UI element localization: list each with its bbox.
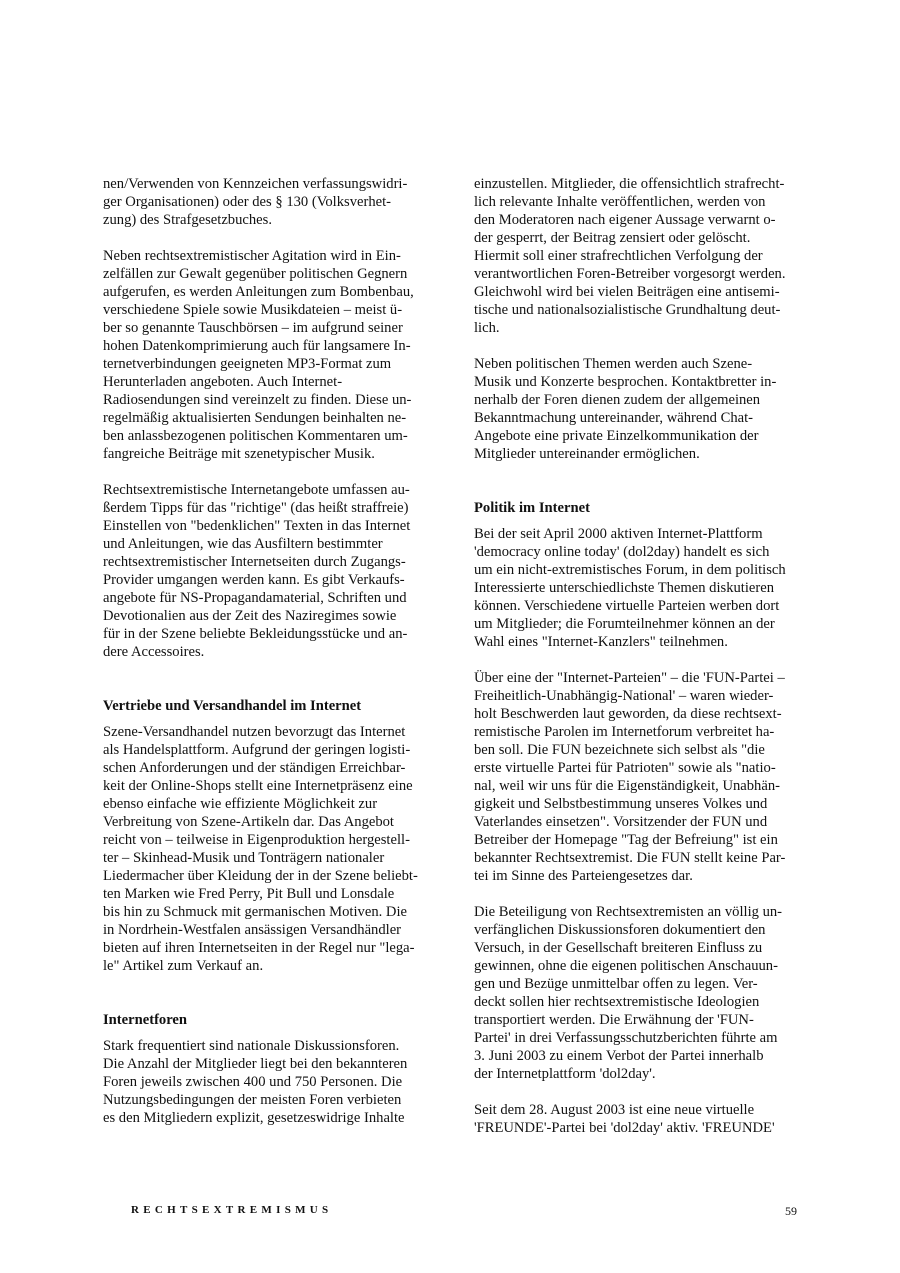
text-line: keit der Online-Shops stellt eine Intern… [103, 777, 425, 795]
text-line: einzustellen. Mitglieder, die offensicht… [474, 175, 804, 193]
text-line: gewinnen, ohne die eigenen politischen A… [474, 957, 804, 975]
paragraph: Stark frequentiert sind nationale Diskus… [103, 1037, 425, 1127]
text-line: Die Beteiligung von Rechtsextremisten an… [474, 903, 804, 921]
text-line: Rechtsextremistische Internetangebote um… [103, 481, 425, 499]
text-line: tei im Sinne des Parteiengesetzes dar. [474, 867, 804, 885]
paragraph: nen/Verwenden von Kennzeichen verfassung… [103, 175, 425, 229]
text-line: ben anlassbezogenen politischen Kommenta… [103, 427, 425, 445]
text-line: lich. [474, 319, 804, 337]
text-line: Herunterladen angeboten. Auch Internet- [103, 373, 425, 391]
paragraph: Seit dem 28. August 2003 ist eine neue v… [474, 1101, 804, 1137]
text-line: hohen Datenkomprimierung auch für langsa… [103, 337, 425, 355]
paragraph: einzustellen. Mitglieder, die offensicht… [474, 175, 804, 337]
text-line: Angebote eine private Einzelkommunikatio… [474, 427, 804, 445]
text-line: Interessierte unterschiedlichste Themen … [474, 579, 804, 597]
text-line: lich relevante Inhalte veröffentlichen, … [474, 193, 804, 211]
text-line: der Internetplattform 'dol2day'. [474, 1065, 804, 1083]
text-line: Mitglieder untereinander ermöglichen. [474, 445, 804, 463]
text-line: Seit dem 28. August 2003 ist eine neue v… [474, 1101, 804, 1119]
text-line: tische und nationalsozialistische Grundh… [474, 301, 804, 319]
text-line: gigkeit und Selbstbestimmung unseres Vol… [474, 795, 804, 813]
section-heading-internetforen: Internetforen [103, 1011, 425, 1029]
text-line: ter – Skinhead-Musik und Tonträgern nati… [103, 849, 425, 867]
paragraph: Neben rechtsextremistischer Agitation wi… [103, 247, 425, 463]
text-line: transportiert werden. Die Erwähnung der … [474, 1011, 804, 1029]
text-line: Bei der seit April 2000 aktiven Internet… [474, 525, 804, 543]
text-line: nen/Verwenden von Kennzeichen verfassung… [103, 175, 425, 193]
text-line: zelfällen zur Gewalt gegenüber politisch… [103, 265, 425, 283]
text-line: schen Anforderungen und der ständigen Er… [103, 759, 425, 777]
text-line: verfänglichen Diskussionsforen dokumenti… [474, 921, 804, 939]
text-line: Die Anzahl der Mitglieder liegt bei den … [103, 1055, 425, 1073]
text-line: fangreiche Beiträge mit szenetypischer M… [103, 445, 425, 463]
text-line: Hiermit soll einer strafrechtlichen Verf… [474, 247, 804, 265]
text-line: aufgerufen, es werden Anleitungen zum Bo… [103, 283, 425, 301]
text-line: reicht von – teilweise in Eigenproduktio… [103, 831, 425, 849]
text-line: Wahl eines "Internet-Kanzlers" teilnehme… [474, 633, 804, 651]
text-line: ber so genannte Tauschbörsen – im aufgru… [103, 319, 425, 337]
text-line: Freiheitlich-Unabhängig-National' – ware… [474, 687, 804, 705]
text-line: ben soll. Die FUN bezeichnete sich selbs… [474, 741, 804, 759]
text-line: Neben rechtsextremistischer Agitation wi… [103, 247, 425, 265]
text-line: angebote für NS-Propagandamaterial, Schr… [103, 589, 425, 607]
text-line: Verbreitung von Szene-Artikeln dar. Das … [103, 813, 425, 831]
text-line: ger Organisationen) oder des § 130 (Volk… [103, 193, 425, 211]
text-line: bis hin zu Schmuck mit germanischen Moti… [103, 903, 425, 921]
text-line: es den Mitgliedern explizit, gesetzeswid… [103, 1109, 425, 1127]
text-line: Musik und Konzerte besprochen. Kontaktbr… [474, 373, 804, 391]
text-line: Versuch, in der Gesellschaft breiteren E… [474, 939, 804, 957]
text-line: Stark frequentiert sind nationale Diskus… [103, 1037, 425, 1055]
text-line: Betreiber der Homepage "Tag der Befreiun… [474, 831, 804, 849]
paragraph: Neben politischen Themen werden auch Sze… [474, 355, 804, 463]
text-line: Bekanntmachung untereinander, während Ch… [474, 409, 804, 427]
text-line: und Anleitungen, wie das Ausfiltern best… [103, 535, 425, 553]
text-line: Liedermacher über Kleidung der in der Sz… [103, 867, 425, 885]
text-line: Partei' in drei Verfassungsschutzbericht… [474, 1029, 804, 1047]
text-line: dere Accessoires. [103, 643, 425, 661]
text-line: können. Verschiedene virtuelle Parteien … [474, 597, 804, 615]
text-line: Vaterlandes einsetzen". Vorsitzender der… [474, 813, 804, 831]
text-line: 'FREUNDE'-Partei bei 'dol2day' aktiv. 'F… [474, 1119, 804, 1137]
text-line: Szene-Versandhandel nutzen bevorzugt das… [103, 723, 425, 741]
text-line: Provider umgangen werden kann. Es gibt V… [103, 571, 425, 589]
text-line: remistische Parolen im Internetforum ver… [474, 723, 804, 741]
text-line: Foren jeweils zwischen 400 und 750 Perso… [103, 1073, 425, 1091]
page-footer: RECHTSEXTREMISMUS 59 [131, 1204, 797, 1216]
text-line: ßerdem Tipps für das "richtige" (das hei… [103, 499, 425, 517]
text-line: le" Artikel zum Verkauf an. [103, 957, 425, 975]
running-title: RECHTSEXTREMISMUS [131, 1204, 332, 1216]
text-line: rechtsextremistischer Internetseiten dur… [103, 553, 425, 571]
left-column: nen/Verwenden von Kennzeichen verfassung… [103, 175, 425, 1145]
page-number: 59 [785, 1204, 797, 1219]
text-line: 3. Juni 2003 zu einem Verbot der Partei … [474, 1047, 804, 1065]
text-line: nal, weil wir uns für die Eigenständigke… [474, 777, 804, 795]
text-line: verschiedene Spiele sowie Musikdateien –… [103, 301, 425, 319]
text-line: Nutzungsbedingungen der meisten Foren ve… [103, 1091, 425, 1109]
text-line: holt Beschwerden laut geworden, da diese… [474, 705, 804, 723]
text-line: Radiosendungen sind vereinzelt zu finden… [103, 391, 425, 409]
text-line: 'democracy online today' (dol2day) hande… [474, 543, 804, 561]
text-line: erste virtuelle Partei für Patrioten" so… [474, 759, 804, 777]
text-line: um ein nicht-extremistisches Forum, in d… [474, 561, 804, 579]
text-line: ternetverbindungen geeigneten MP3-Format… [103, 355, 425, 373]
text-line: um Mitglieder; die Forumteilnehmer könne… [474, 615, 804, 633]
text-line: Gleichwohl wird bei vielen Beiträgen ein… [474, 283, 804, 301]
text-line: deckt sollen hier rechtsextremistische I… [474, 993, 804, 1011]
paragraph: Bei der seit April 2000 aktiven Internet… [474, 525, 804, 651]
text-line: für in der Szene beliebte Bekleidungsstü… [103, 625, 425, 643]
text-line: in Nordrhein-Westfalen ansässigen Versan… [103, 921, 425, 939]
paragraph: Über eine der "Internet-Parteien" – die … [474, 669, 804, 885]
text-line: als Handelsplattform. Aufgrund der gerin… [103, 741, 425, 759]
text-line: Neben politischen Themen werden auch Sze… [474, 355, 804, 373]
text-line: Devotionalien aus der Zeit des Naziregim… [103, 607, 425, 625]
text-line: bieten auf ihren Internetseiten in der R… [103, 939, 425, 957]
section-heading-politik: Politik im Internet [474, 499, 804, 517]
text-line: Einstellen von "bedenklichen" Texten in … [103, 517, 425, 535]
text-line: verantwortlichen Foren-Betreiber vorgeso… [474, 265, 804, 283]
text-line: nerhalb der Foren dienen zudem der allge… [474, 391, 804, 409]
text-line: Über eine der "Internet-Parteien" – die … [474, 669, 804, 687]
text-line: gen und Bezüge unmittelbar offen zu lege… [474, 975, 804, 993]
text-line: ebenso einfache wie effiziente Möglichke… [103, 795, 425, 813]
text-line: zung) des Strafgesetzbuches. [103, 211, 425, 229]
paragraph: Die Beteiligung von Rechtsextremisten an… [474, 903, 804, 1083]
text-line: bekannter Rechtsextremist. Die FUN stell… [474, 849, 804, 867]
paragraph: Rechtsextremistische Internetangebote um… [103, 481, 425, 661]
text-line: der gesperrt, der Beitrag zensiert oder … [474, 229, 804, 247]
text-line: ten Marken wie Fred Perry, Pit Bull und … [103, 885, 425, 903]
right-column: einzustellen. Mitglieder, die offensicht… [474, 175, 804, 1155]
text-line: regelmäßig aktualisierten Sendungen bein… [103, 409, 425, 427]
text-line: den Moderatoren nach eigener Aussage ver… [474, 211, 804, 229]
section-heading-vertriebe: Vertriebe und Versandhandel im Internet [103, 697, 425, 715]
paragraph: Szene-Versandhandel nutzen bevorzugt das… [103, 723, 425, 975]
